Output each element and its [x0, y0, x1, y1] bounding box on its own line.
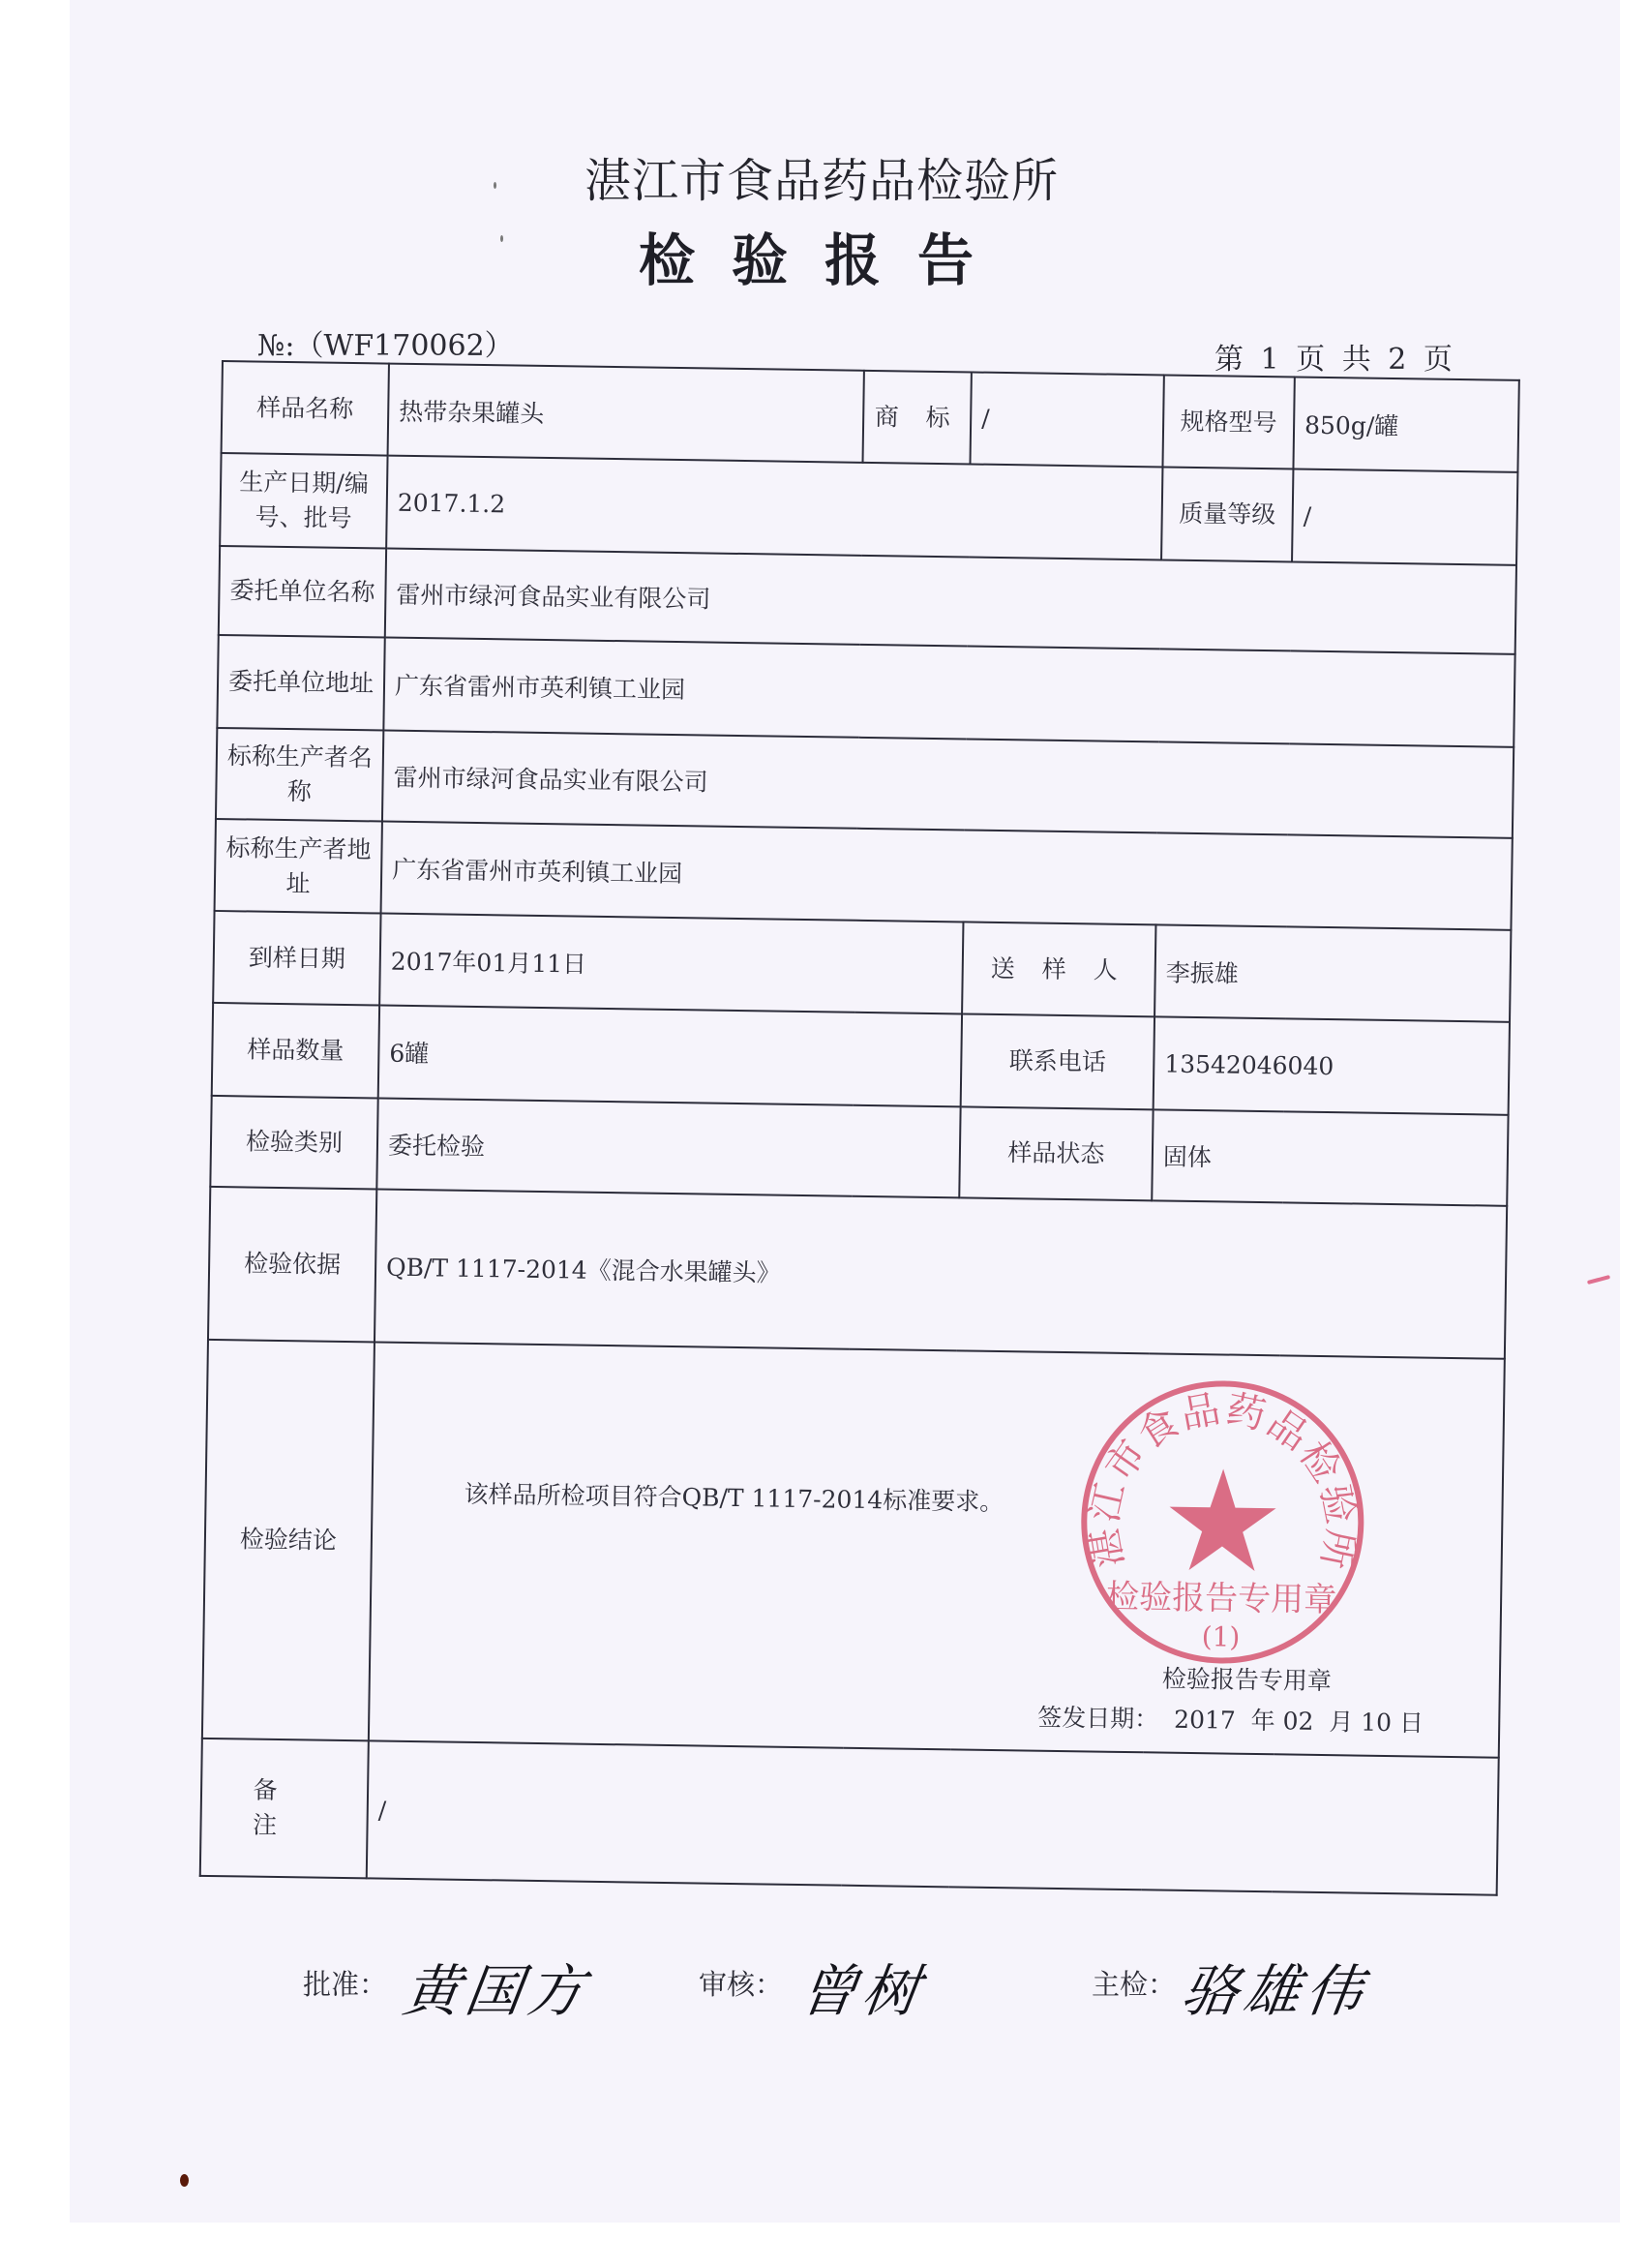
producer-address-value: 广东省雷州市英利镇工业园	[381, 822, 1513, 930]
row-inspection-basis: 检验依据 QB/T 1117-2014《混合水果罐头》	[208, 1187, 1507, 1359]
stamp-label: 检验报告专用章	[1162, 1660, 1333, 1698]
institution-title: 湛江市食品药品检验所	[0, 143, 1649, 210]
producer-name-value: 雷州市绿河食品实业有限公司	[382, 731, 1514, 838]
contact-phone-label: 联系电话	[961, 1013, 1154, 1109]
conclusion-text: 该样品所检项目符合QB/T 1117-2014标准要求。	[464, 1475, 1004, 1518]
inspection-type-label: 检验类别	[210, 1096, 377, 1190]
production-date-value: 2017.1.2	[386, 456, 1162, 560]
row-conclusion: 检验结论 该样品所检项目符合QB/T 1117-2014标准要求。 湛江市食品药…	[202, 1340, 1505, 1758]
contact-phone-value: 13542046040	[1154, 1016, 1510, 1114]
document-title: 检验报告	[0, 215, 1649, 296]
approve-signature: 黄国方	[399, 1946, 596, 2027]
client-name-value: 雷州市绿河食品实业有限公司	[385, 549, 1516, 654]
inspection-basis-value: QB/T 1117-2014《混合水果罐头》	[375, 1189, 1507, 1358]
inspection-basis-label: 检验依据	[208, 1187, 376, 1343]
sender-value: 李振雄	[1154, 924, 1511, 1021]
scan-speck	[500, 235, 503, 242]
sample-name-label: 样品名称	[222, 361, 389, 456]
page-count: 第 1 页 共 2 页	[1214, 335, 1456, 378]
sample-state-value: 固体	[1152, 1109, 1508, 1205]
stamp-inner-text: 检验报告专用章	[1106, 1578, 1337, 1620]
institution-title-text: 湛江市食品药品检验所	[585, 143, 1059, 210]
approve-label: 批准：	[303, 1963, 387, 2003]
review-signature: 曾树	[795, 1946, 931, 2027]
producer-name-label: 标称生产者名称	[216, 728, 383, 822]
remarks-label: 备 注	[200, 1739, 369, 1879]
conclusion-label: 检验结论	[202, 1340, 375, 1741]
client-address-value: 广东省雷州市英利镇工业园	[383, 638, 1514, 747]
client-name-label: 委托单位名称	[219, 546, 386, 638]
sample-state-label: 样品状态	[959, 1106, 1153, 1200]
report-number: №:（WF170062）	[257, 321, 514, 364]
row-remarks: 备 注 /	[200, 1739, 1499, 1895]
arrival-date-label: 到样日期	[213, 911, 380, 1006]
trademark-label: 商 标	[863, 371, 972, 465]
scan-speck	[494, 182, 496, 189]
issue-date: 签发日期： 2017 年 02 月 10 日	[1037, 1699, 1424, 1739]
official-seal-icon: 湛江市食品药品检验所 检验报告专用章 (1)	[1075, 1375, 1369, 1669]
production-date-label: 生产日期/编号、批号	[220, 453, 387, 549]
sender-label: 送 样 人	[962, 922, 1155, 1016]
inspection-type-value: 委托检验	[376, 1098, 960, 1197]
report-table-container: 样品名称 热带杂果罐头 商 标 / 规格型号 850g/罐 生产日期/编号、批号…	[199, 360, 1518, 1894]
quality-grade-label: 质量等级	[1161, 467, 1293, 561]
trademark-value: /	[970, 372, 1163, 467]
spec-value: 850g/罐	[1293, 377, 1518, 471]
client-address-label: 委托单位地址	[217, 635, 384, 731]
ink-speck	[180, 2174, 189, 2187]
sample-quantity-label: 样品数量	[212, 1003, 379, 1099]
conclusion-cell: 该样品所检项目符合QB/T 1117-2014标准要求。 湛江市食品药品检验所 …	[369, 1342, 1505, 1757]
signature-row: 批准： 黄国方 审核： 曾树 主检： 骆雄伟	[0, 1946, 1649, 2023]
arrival-date-value: 2017年01月11日	[379, 914, 963, 1014]
remarks-value: /	[367, 1740, 1499, 1894]
quality-grade-value: /	[1292, 469, 1517, 564]
review-label: 审核：	[699, 1963, 783, 2003]
inspector-signature: 骆雄伟	[1177, 1946, 1374, 2027]
producer-address-label: 标称生产者地址	[215, 819, 382, 914]
inspector-label: 主检：	[1092, 1963, 1176, 2003]
report-table: 样品名称 热带杂果罐头 商 标 / 规格型号 850g/罐 生产日期/编号、批号…	[199, 360, 1520, 1896]
spec-label: 规格型号	[1162, 375, 1294, 469]
sample-name-value: 热带杂果罐头	[388, 364, 864, 463]
sample-quantity-value: 6罐	[378, 1005, 962, 1106]
stamp-number: (1)	[1201, 1620, 1240, 1653]
